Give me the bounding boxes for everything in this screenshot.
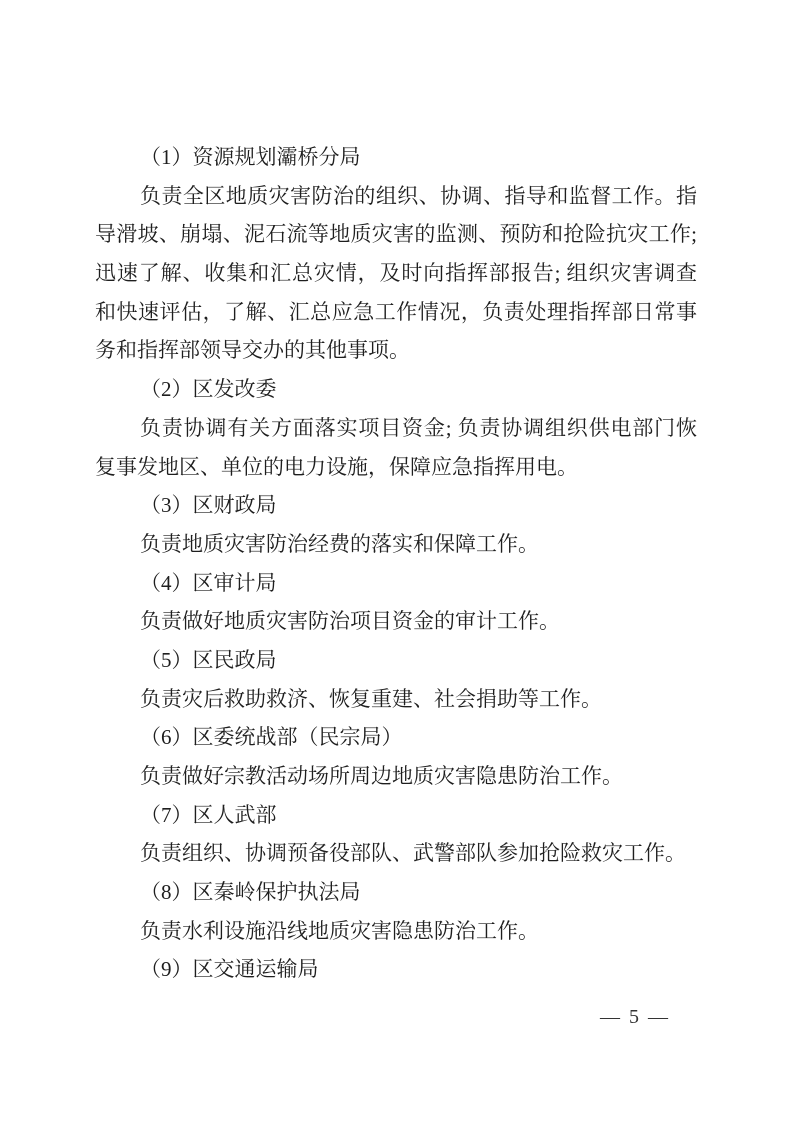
- paragraph-line: 和快速评估，了解、汇总应急工作情况，负责处理指挥部日常事: [95, 293, 697, 332]
- paragraph-line: 导滑坡、崩塌、泥石流等地质灾害的监测、预防和抢险抗灾工作;: [95, 215, 697, 254]
- paragraph-line: 负责做好宗教活动场所周边地质灾害隐患防治工作。: [95, 757, 697, 796]
- paragraph-line: 负责做好地质灾害防治项目资金的审计工作。: [95, 602, 697, 641]
- section-heading: （8）区秦岭保护执法局: [95, 873, 697, 912]
- paragraph-line: 负责协调有关方面落实项目资金; 负责协调组织供电部门恢: [95, 409, 697, 448]
- document-body: （1）资源规划灞桥分局负责全区地质灾害防治的组织、协调、指导和监督工作。指导滑坡…: [95, 138, 697, 989]
- paragraph-line: 负责地质灾害防治经费的落实和保障工作。: [95, 525, 697, 564]
- paragraph-line: 负责组织、协调预备役部队、武警部队参加抢险救灾工作。: [95, 834, 697, 873]
- section-heading: （6）区委统战部（民宗局）: [95, 718, 697, 757]
- section-heading: （4）区审计局: [95, 564, 697, 603]
- section-heading: （7）区人武部: [95, 796, 697, 835]
- section-heading: （3）区财政局: [95, 486, 697, 525]
- section-heading: （5）区民政局: [95, 641, 697, 680]
- section-heading: （9）区交通运输局: [95, 950, 697, 989]
- paragraph-line: 务和指挥部领导交办的其他事项。: [95, 331, 697, 370]
- paragraph-line: 负责水利设施沿线地质灾害隐患防治工作。: [95, 912, 697, 951]
- section-heading: （2）区发改委: [95, 370, 697, 409]
- paragraph-line: 负责全区地质灾害防治的组织、协调、指导和监督工作。指: [95, 177, 697, 216]
- section-heading: （1）资源规划灞桥分局: [95, 138, 697, 177]
- paragraph-line: 迅速了解、收集和汇总灾情，及时向指挥部报告; 组织灾害调查: [95, 254, 697, 293]
- paragraph-line: 复事发地区、单位的电力设施，保障应急指挥用电。: [95, 448, 697, 487]
- page-number: — 5 —: [583, 1006, 687, 1029]
- document-page: （1）资源规划灞桥分局负责全区地质灾害防治的组织、协调、指导和监督工作。指导滑坡…: [0, 0, 793, 1122]
- paragraph-line: 负责灾后救助救济、恢复重建、社会捐助等工作。: [95, 680, 697, 719]
